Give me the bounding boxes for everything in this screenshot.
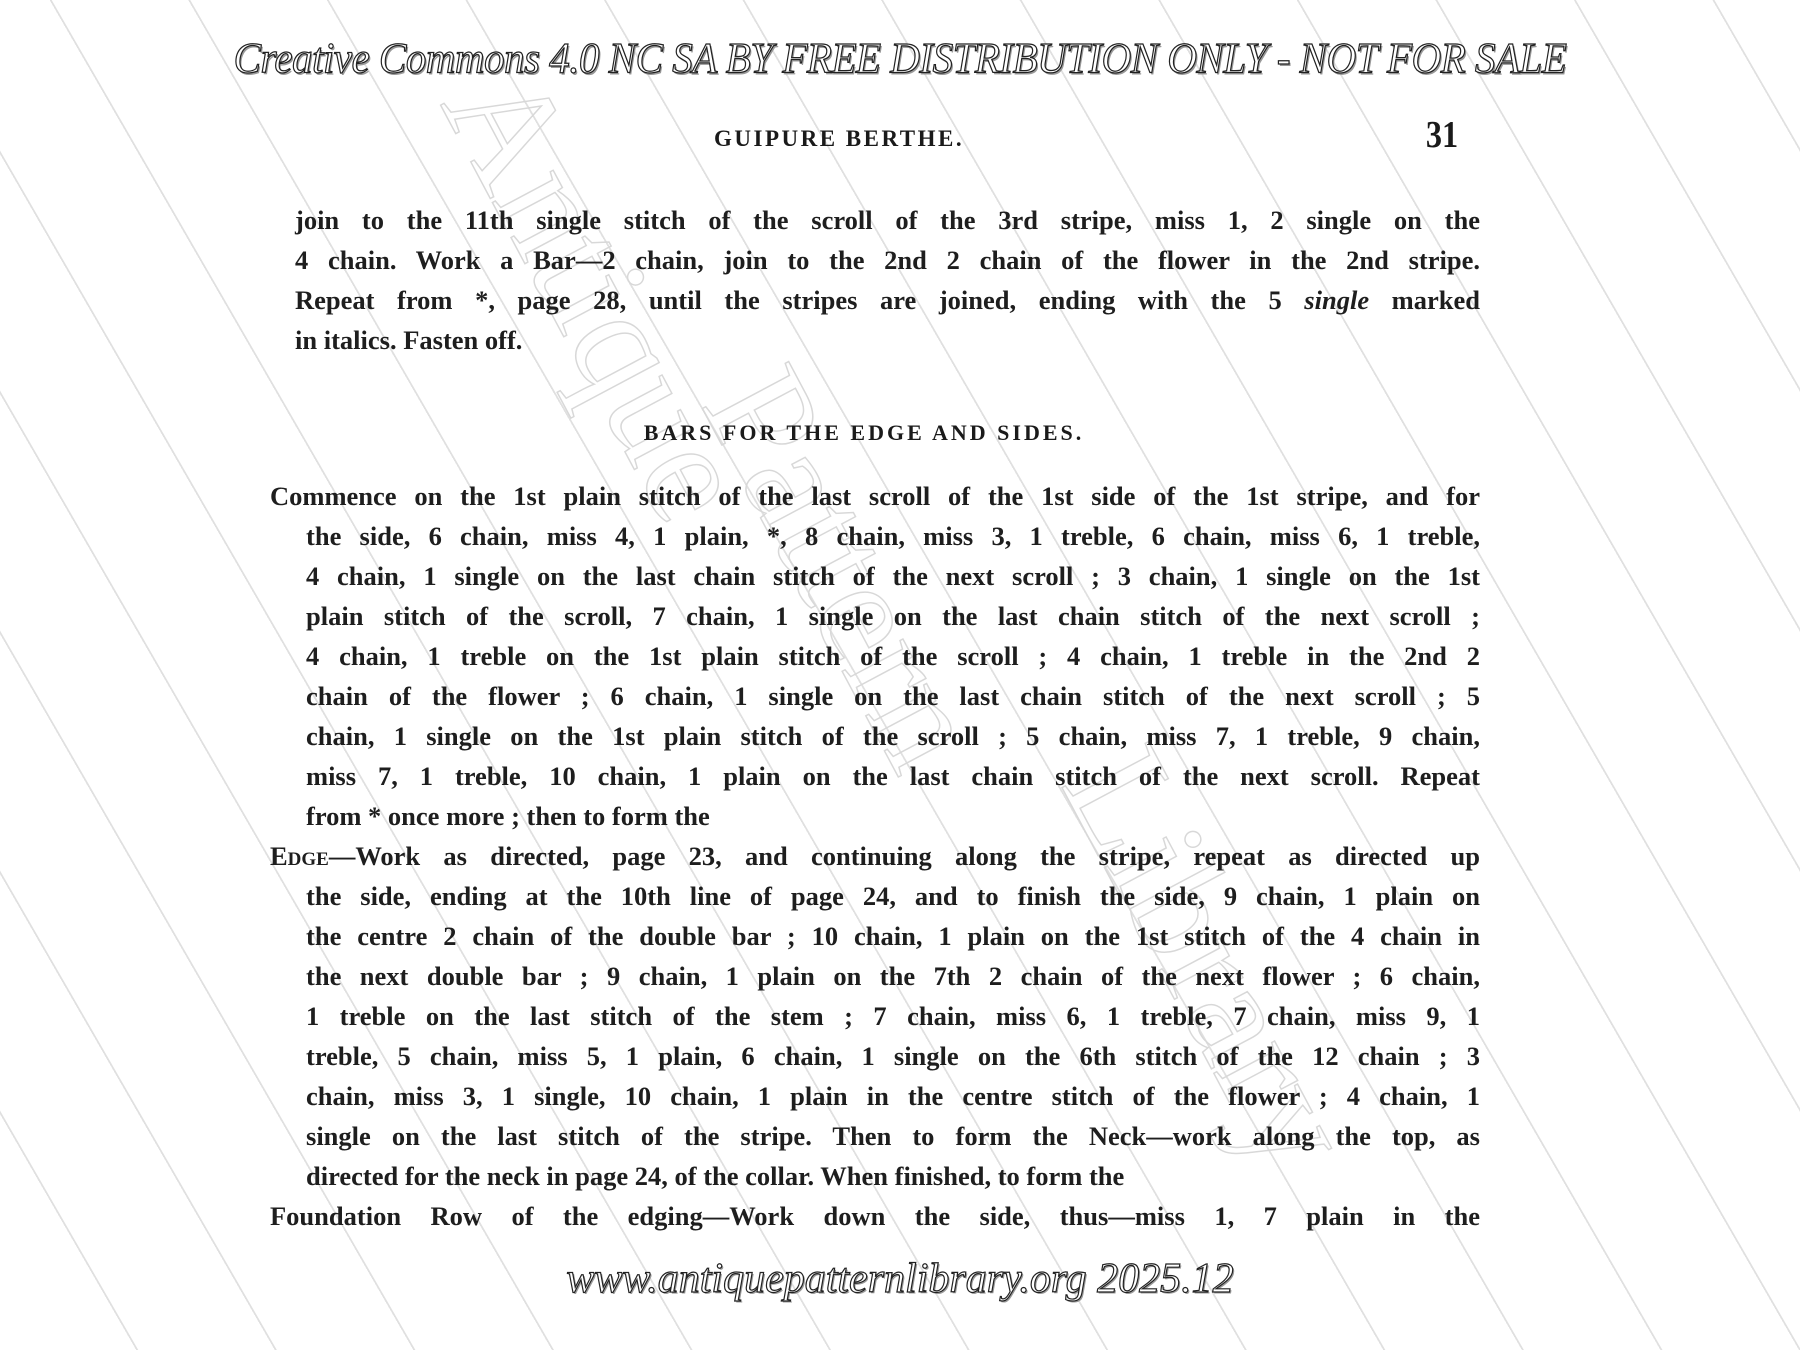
text-line: Repeat from *, page 28, until the stripe… [295, 280, 1480, 320]
text-line: plain stitch of the scroll, 7 chain, 1 s… [270, 596, 1480, 636]
section-heading: BARS FOR THE EDGE AND SIDES. [0, 420, 1800, 446]
text-line: chain of the flower ; 6 chain, 1 single … [270, 676, 1480, 716]
text-line: the centre 2 chain of the double bar ; 1… [270, 916, 1480, 956]
text-line: in italics. Fasten off. [295, 320, 1480, 360]
text-line: 4 chain. Work a Bar—2 chain, join to the… [295, 240, 1480, 280]
text-line: 4 chain, 1 treble on the 1st plain stitc… [270, 636, 1480, 676]
text-line: the next double bar ; 9 chain, 1 plain o… [270, 956, 1480, 996]
italic-word: single [1304, 285, 1369, 315]
page-number: 31 [1426, 113, 1458, 157]
paragraph-continuation: join to the 11th single stitch of the sc… [295, 200, 1480, 360]
text-line: Edge—Work as directed, page 23, and cont… [270, 836, 1480, 876]
lead-word: Edge [270, 841, 329, 871]
text-line: directed for the neck in page 24, of the… [270, 1156, 1480, 1196]
text-line: treble, 5 chain, miss 5, 1 plain, 6 chai… [270, 1036, 1480, 1076]
paragraph-foundation: Foundation Row of the edging—Work down t… [270, 1196, 1480, 1236]
text-line: chain, 1 single on the 1st plain stitch … [270, 716, 1480, 756]
text-line: the side, ending at the 10th line of pag… [270, 876, 1480, 916]
paragraph-bars: Commence on the 1st plain stitch of the … [270, 476, 1480, 836]
text-line: join to the 11th single stitch of the sc… [295, 200, 1480, 240]
text-line: 1 treble on the last stitch of the stem … [270, 996, 1480, 1036]
license-banner: Creative Commons 4.0 NC SA BY FREE DISTR… [185, 33, 1615, 83]
footer-url-watermark: www.antiquepatternlibrary.org 2025.12 [500, 1255, 1300, 1303]
text-line: single on the last stitch of the stripe.… [270, 1116, 1480, 1156]
text-line: from * once more ; then to form the [270, 796, 1480, 836]
text-line: miss 7, 1 treble, 10 chain, 1 plain on t… [270, 756, 1480, 796]
text-line: the side, 6 chain, miss 4, 1 plain, *, 8… [270, 516, 1480, 556]
text-line: Foundation Row of the edging—Work down t… [270, 1196, 1480, 1236]
running-head: GUIPURE BERTHE. [714, 126, 964, 152]
text-line: chain, miss 3, 1 single, 10 chain, 1 pla… [270, 1076, 1480, 1116]
paragraph-edge: Edge—Work as directed, page 23, and cont… [270, 836, 1480, 1196]
text-line: Commence on the 1st plain stitch of the … [270, 476, 1480, 516]
text-line: 4 chain, 1 single on the last chain stit… [270, 556, 1480, 596]
